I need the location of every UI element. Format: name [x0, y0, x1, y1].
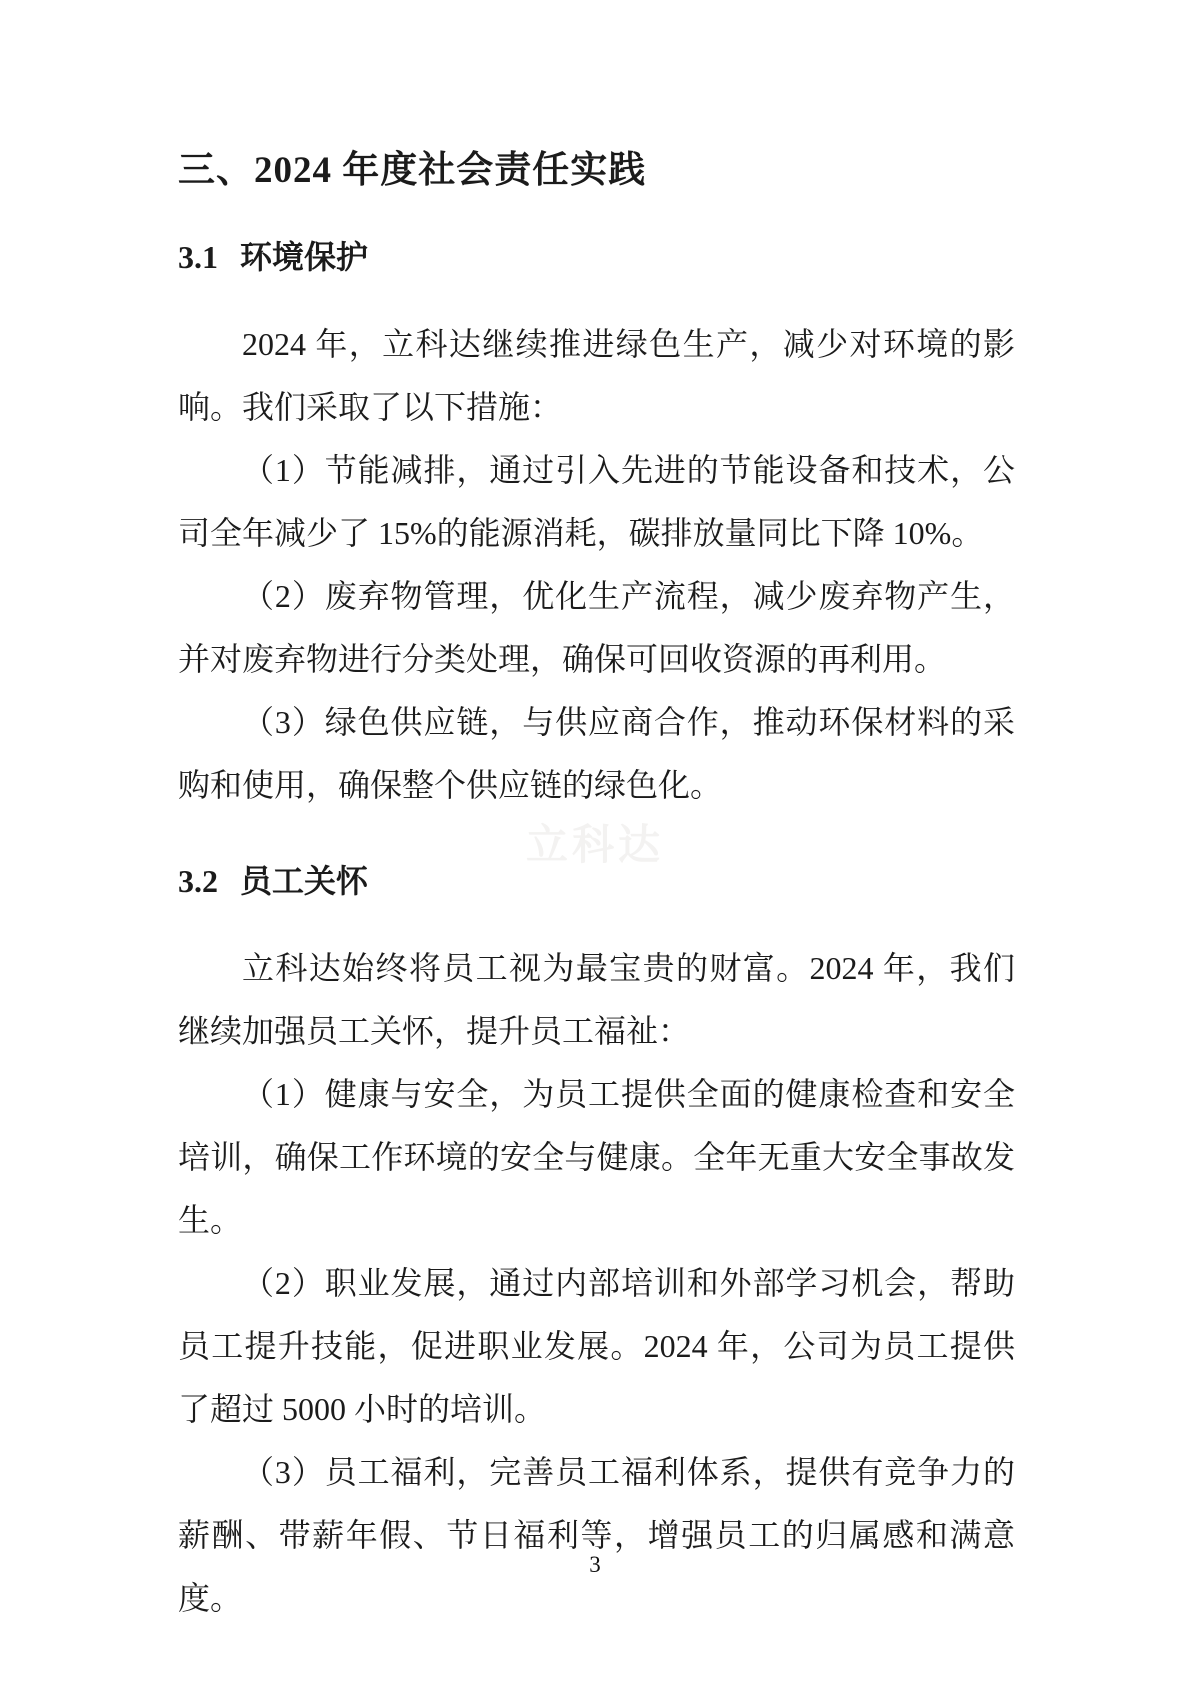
- paragraph-green-supply-chain: （3）绿色供应链，与供应商合作，推动环保材料的采购和使用，确保整个供应链的绿色化…: [178, 691, 1015, 817]
- paragraph-energy-saving: （1）节能减排，通过引入先进的节能设备和技术，公司全年减少了 15%的能源消耗，…: [178, 439, 1015, 565]
- subsection-title-employee-care: 3.2 员工关怀: [178, 859, 1015, 903]
- paragraph-health-safety: （1）健康与安全，为员工提供全面的健康检查和安全培训，确保工作环境的安全与健康。…: [178, 1063, 1015, 1252]
- paragraph-environment-intro: 2024 年，立科达继续推进绿色生产，减少对环境的影响。我们采取了以下措施：: [178, 313, 1015, 439]
- subsection-title-environment: 3.1 环境保护: [178, 235, 1015, 279]
- paragraph-career-development: （2）职业发展，通过内部培训和外部学习机会，帮助员工提升技能，促进职业发展。20…: [178, 1252, 1015, 1441]
- paragraph-employee-welfare: （3）员工福利，完善员工福利体系，提供有竞争力的薪酬、带薪年假、节日福利等，增强…: [178, 1441, 1015, 1630]
- paragraph-waste-management: （2）废弃物管理，优化生产流程，减少废弃物产生，并对废弃物进行分类处理，确保可回…: [178, 565, 1015, 691]
- chapter-heading: 三、2024 年度社会责任实践: [178, 149, 1015, 193]
- page-number: 3: [0, 1552, 1190, 1578]
- paragraph-employee-intro: 立科达始终将员工视为最宝贵的财富。2024 年，我们继续加强员工关怀，提升员工福…: [178, 937, 1015, 1063]
- document-page: 立科达 三、2024 年度社会责任实践 3.1 环境保护 2024 年，立科达继…: [0, 0, 1190, 1683]
- document-content: 三、2024 年度社会责任实践 3.1 环境保护 2024 年，立科达继续推进绿…: [178, 0, 1015, 1630]
